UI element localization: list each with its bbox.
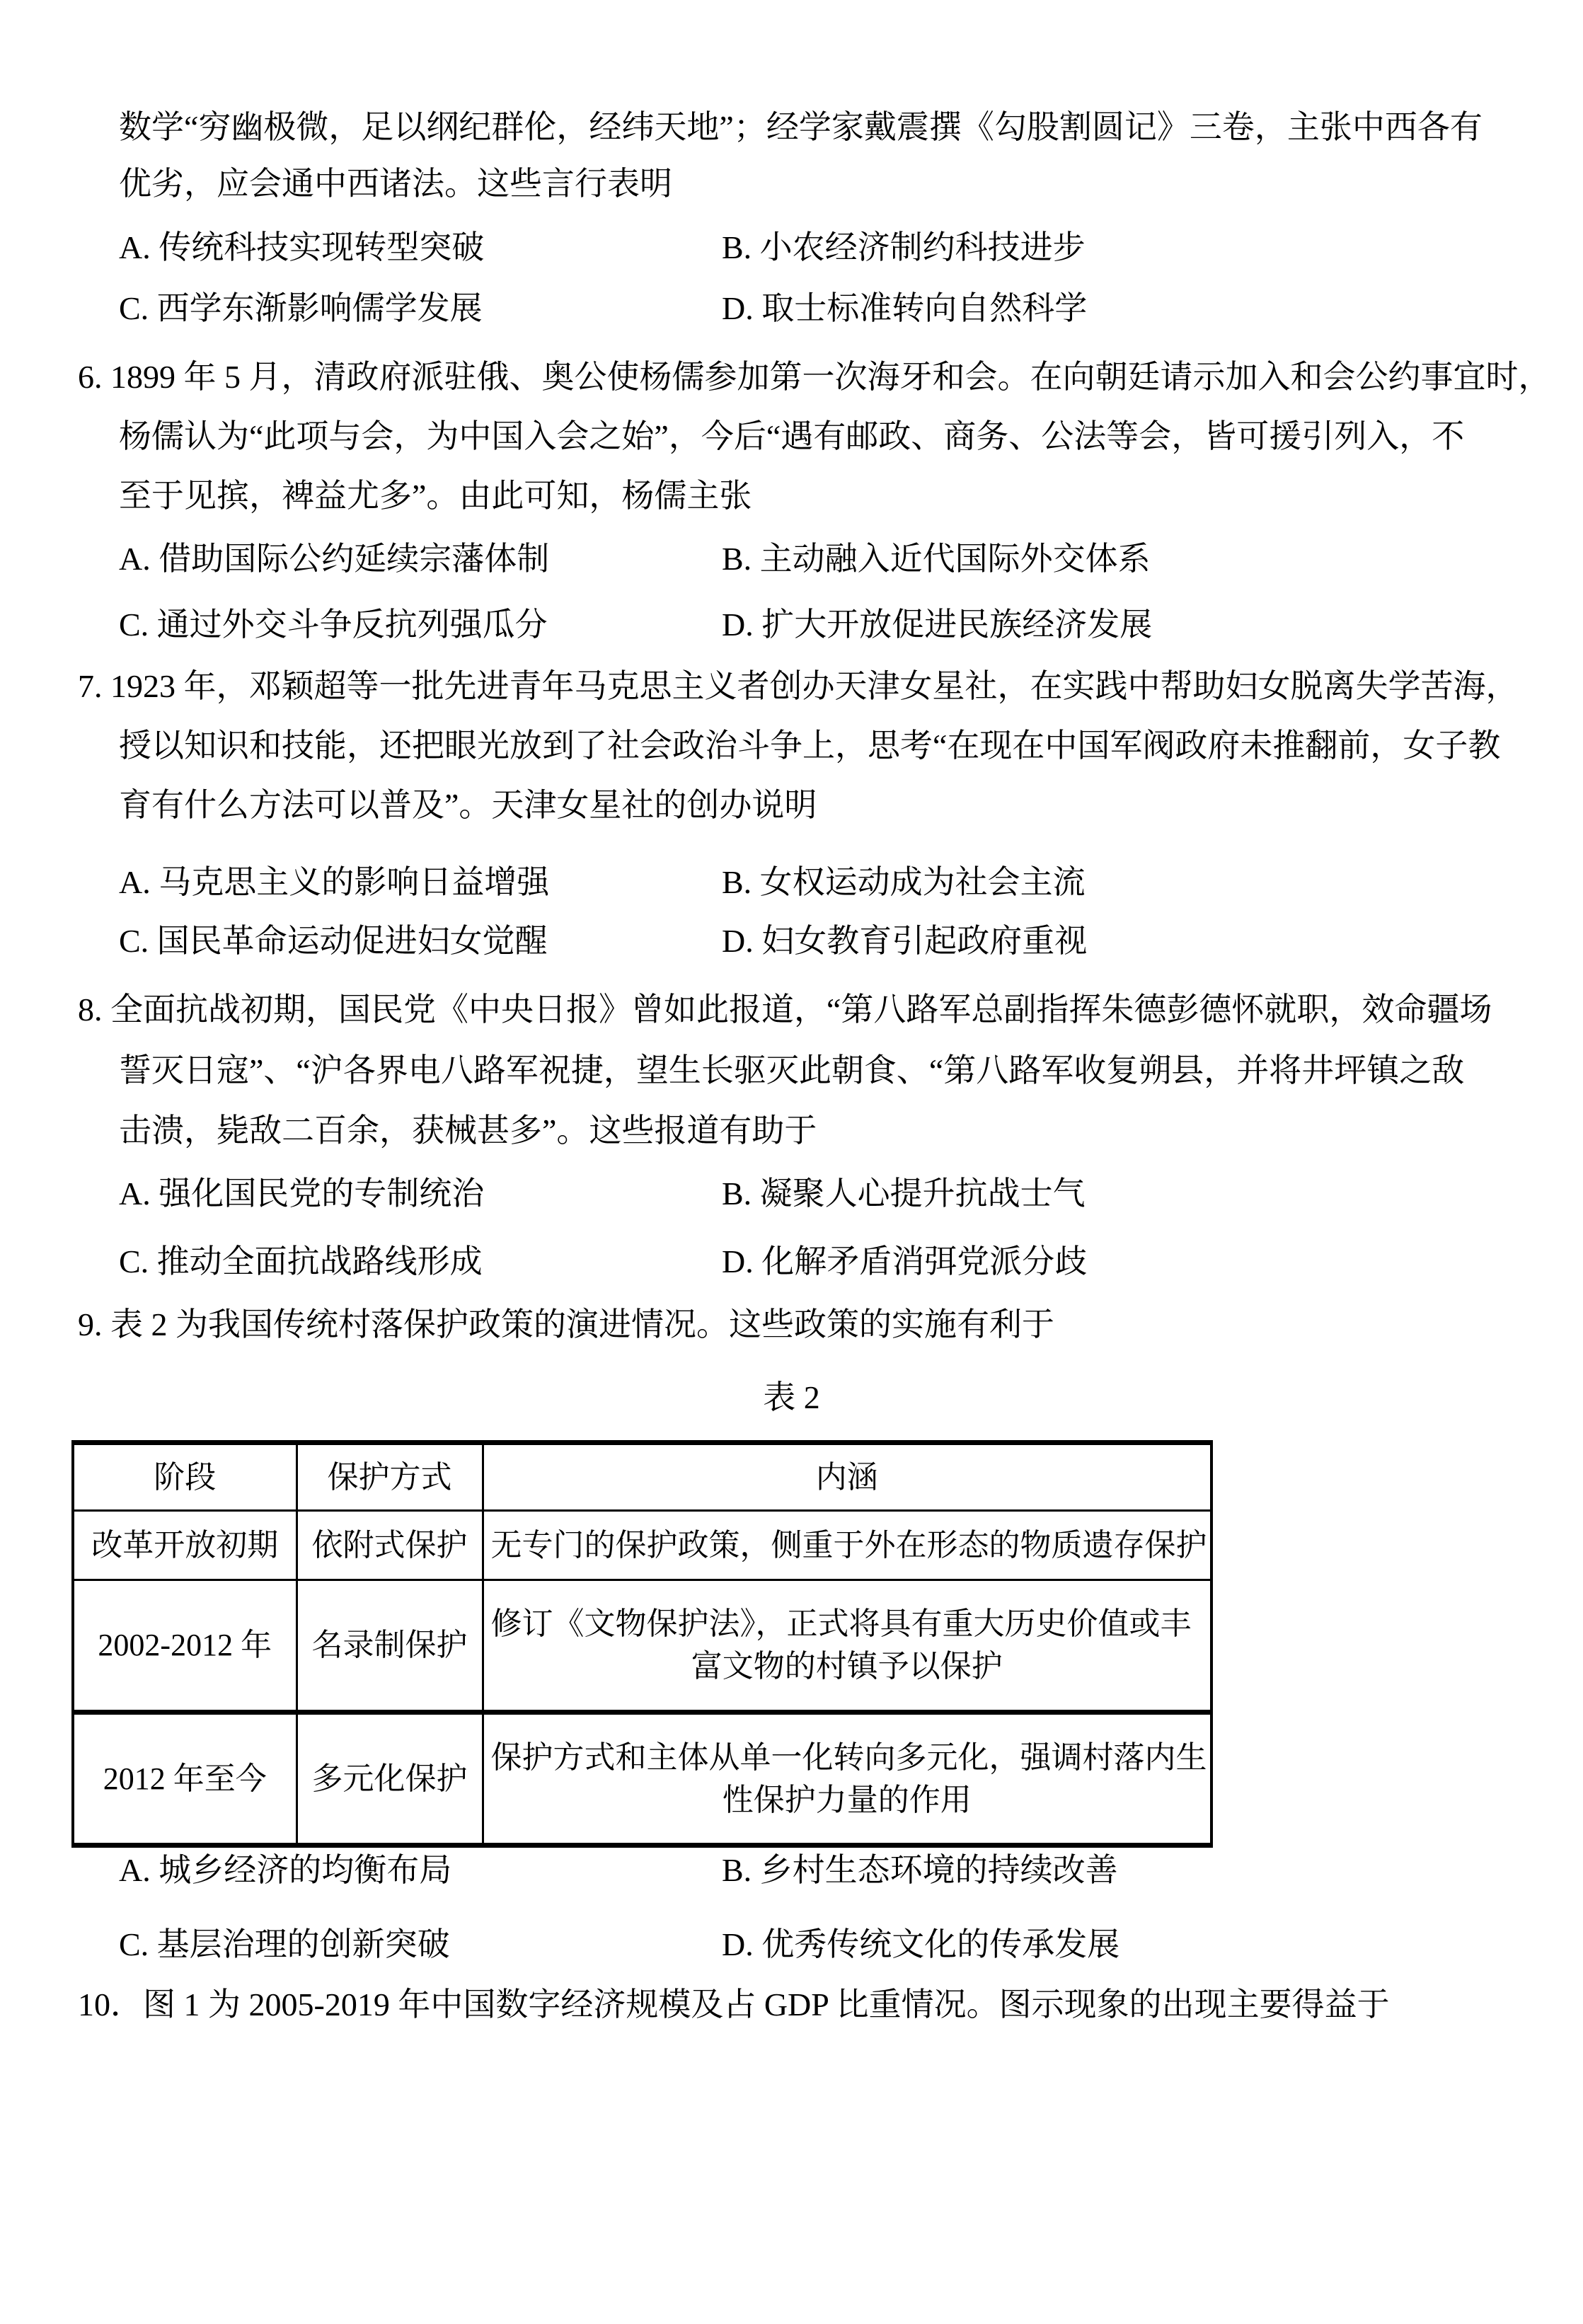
q5-option-c: C. 西学东渐影响儒学发展 xyxy=(119,289,483,328)
row3-desc-line-2: 性保护力量的作用 xyxy=(484,1779,1211,1822)
table-row: 2002-2012 年 名录制保护 修订《文物保护法》，正式将具有重大历史价值或… xyxy=(73,1580,1211,1713)
q7-stem-line-1: 7. 1923 年，邓颖超等一批先进青年马克思主义者创办天津女星社，在实践中帮助… xyxy=(78,667,1519,706)
q8-option-c: C. 推动全面抗战路线形成 xyxy=(119,1242,483,1282)
row1-desc: 无专门的保护政策，侧重于外在形态的物质遗存保护 xyxy=(483,1511,1211,1580)
row2-method: 名录制保护 xyxy=(297,1580,483,1713)
q7-option-b: B. 女权运动成为社会主流 xyxy=(722,863,1086,902)
q5-stem-line-1: 数学“穷幽极微，足以纲纪群伦，经纬天地”；经学家戴震撰《勾股割圆记》三卷，主张中… xyxy=(119,108,1483,147)
q6-option-c: C. 通过外交斗争反抗列强瓜分 xyxy=(119,605,548,645)
q6-option-b: B. 主动融入近代国际外交体系 xyxy=(722,539,1151,579)
row3-method: 多元化保护 xyxy=(297,1713,483,1846)
q6-option-a: A. 借助国际公约延续宗藩体制 xyxy=(119,539,549,579)
q9-option-b: B. 乡村生态环境的持续改善 xyxy=(722,1851,1118,1890)
table-row: 2012 年至今 多元化保护 保护方式和主体从单一化转向多元化，强调村落内生 性… xyxy=(73,1713,1211,1846)
q7-stem-line-2: 授以知识和技能，还把眼光放到了社会政治斗争上，思考“在现在中国军阀政府未推翻前，… xyxy=(119,726,1500,766)
q7-option-a: A. 马克思主义的影响日益增强 xyxy=(119,863,549,902)
row1-desc-line-1: 无专门的保护政策，侧重于外在形态的物质遗存保护 xyxy=(484,1524,1211,1567)
row2-stage: 2002-2012 年 xyxy=(73,1580,297,1713)
q10-stem-line-1: 10．图 1 为 2005-2019 年中国数字经济规模及占 GDP 比重情况。… xyxy=(78,1985,1390,2025)
row2-desc: 修订《文物保护法》，正式将具有重大历史价值或丰 富文物的村镇予以保护 xyxy=(483,1580,1211,1713)
q9-option-a: A. 城乡经济的均衡布局 xyxy=(119,1851,451,1890)
q9-option-c: C. 基层治理的创新突破 xyxy=(119,1925,450,1965)
village-protection-policy-table: 阶段 保护方式 内涵 改革开放初期 依附式保护 无专门的保护政策，侧重于外在形态… xyxy=(71,1440,1213,1848)
row3-stage: 2012 年至今 xyxy=(73,1713,297,1846)
row1-stage: 改革开放初期 xyxy=(73,1511,297,1580)
q6-stem-line-3: 至于见摈，裨益尤多”。由此可知，杨儒主张 xyxy=(119,476,752,516)
q8-option-d: D. 化解矛盾消弭党派分歧 xyxy=(722,1242,1087,1282)
q9-option-d: D. 优秀传统文化的传承发展 xyxy=(722,1925,1119,1965)
q5-stem-line-2: 优劣，应会通中西诸法。这些言行表明 xyxy=(119,164,672,204)
row2-desc-line-2: 富文物的村镇予以保护 xyxy=(484,1645,1211,1688)
row3-desc-line-1: 保护方式和主体从单一化转向多元化，强调村落内生 xyxy=(484,1737,1211,1779)
q8-stem-line-3: 击溃，毙敌二百余，获械甚多”。这些报道有助于 xyxy=(119,1111,817,1151)
q6-stem-line-1: 6. 1899 年 5 月，清政府派驻俄、奥公使杨儒参加第一次海牙和会。在向朝廷… xyxy=(78,357,1551,397)
q7-stem-line-3: 育有什么方法可以普及”。天津女星社的创办说明 xyxy=(119,786,817,825)
row2-desc-line-1: 修订《文物保护法》，正式将具有重大历史价值或丰 xyxy=(484,1603,1211,1645)
q8-option-a: A. 强化国民党的专制统治 xyxy=(119,1174,484,1214)
q5-option-d: D. 取士标准转向自然科学 xyxy=(722,289,1087,328)
q7-option-d: D. 妇女教育引起政府重视 xyxy=(722,921,1087,961)
q6-option-d: D. 扩大开放促进民族经济发展 xyxy=(722,605,1152,645)
q8-stem-line-1: 8. 全面抗战初期，国民党《中央日报》曾如此报道，“第八路军总副指挥朱德彭德怀就… xyxy=(78,990,1492,1030)
row1-method: 依附式保护 xyxy=(297,1511,483,1580)
q5-option-a: A. 传统科技实现转型突破 xyxy=(119,228,484,268)
q8-stem-line-2: 誓灭日寇”、“沪各界电八路军祝捷，望生长驱灭此朝食、“第八路军收复朔县，并将井坪… xyxy=(119,1051,1464,1091)
q9-stem-line-1: 9. 表 2 为我国传统村落保护政策的演进情况。这些政策的实施有利于 xyxy=(78,1305,1054,1345)
q8-option-b: B. 凝聚人心提升抗战士气 xyxy=(722,1174,1086,1214)
row3-desc: 保护方式和主体从单一化转向多元化，强调村落内生 性保护力量的作用 xyxy=(483,1713,1211,1846)
q5-option-b: B. 小农经济制约科技进步 xyxy=(722,228,1086,268)
table-row: 改革开放初期 依附式保护 无专门的保护政策，侧重于外在形态的物质遗存保护 xyxy=(73,1511,1211,1580)
table-caption: 表 2 xyxy=(0,1378,1583,1417)
exam-page: 数学“穷幽极微，足以纲纪群伦，经纬天地”；经学家戴震撰《勾股割圆记》三卷，主张中… xyxy=(0,0,1583,2324)
q6-stem-line-2: 杨儒认为“此项与会，为中国入会之始”，今后“遇有邮政、商务、公法等会，皆可援引列… xyxy=(119,417,1464,456)
q7-option-c: C. 国民革命运动促进妇女觉醒 xyxy=(119,921,548,961)
col-header-meaning: 内涵 xyxy=(483,1443,1211,1511)
col-header-stage: 阶段 xyxy=(73,1443,297,1511)
table-header-row: 阶段 保护方式 内涵 xyxy=(73,1443,1211,1511)
col-header-method: 保护方式 xyxy=(297,1443,483,1511)
